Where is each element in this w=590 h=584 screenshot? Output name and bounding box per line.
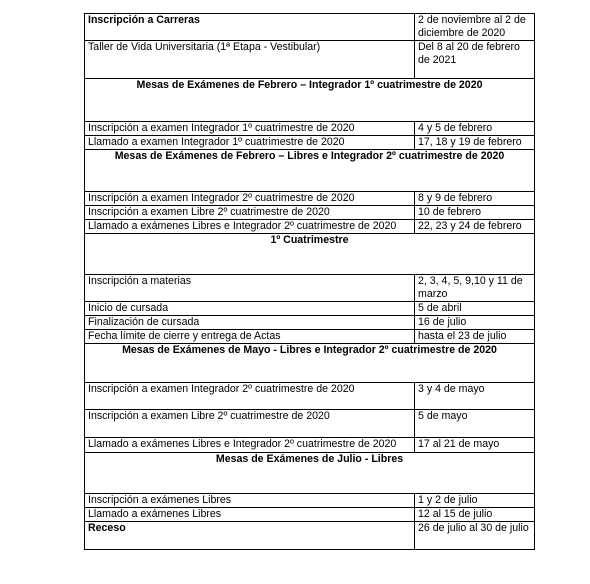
- section-title: Mesas de Exámenes de Febrero – Integrado…: [85, 79, 535, 122]
- event-date: 4 y 5 de febrero: [415, 122, 535, 136]
- event-date: 5 de abril: [415, 302, 535, 316]
- event-date: 16 de julio: [415, 316, 535, 330]
- event-date: 2 de noviembre al 2 de diciembre de 2020: [415, 14, 535, 41]
- table-row: Inicio de cursada5 de abril: [85, 302, 535, 316]
- academic-calendar-table: Inscripción a Carreras2 de noviembre al …: [84, 13, 535, 550]
- section-header-row: Mesas de Exámenes de Julio - Libres: [85, 453, 535, 494]
- table-row: Inscripción a materias2, 3, 4, 5, 9,10 y…: [85, 275, 535, 302]
- event-date: hasta el 23 de julio: [415, 330, 535, 344]
- section-header-row: 1º Cuatrimestre: [85, 234, 535, 275]
- table-row: Inscripción a examen Libre 2º cuatrimest…: [85, 410, 535, 438]
- event-label: Inscripción a Carreras: [85, 14, 415, 41]
- event-date: Del 8 al 20 de febrero de 2021: [415, 41, 535, 79]
- event-label: Inscripción a examen Integrador 2º cuatr…: [85, 192, 415, 206]
- event-date: 2, 3, 4, 5, 9,10 y 11 de marzo: [415, 275, 535, 302]
- event-date: 3 y 4 de mayo: [415, 383, 535, 410]
- event-label: Inscripción a examen Libre 2º cuatrimest…: [85, 206, 415, 220]
- event-date: 5 de mayo: [415, 410, 535, 438]
- table-row: Fecha límite de cierre y entrega de Acta…: [85, 330, 535, 344]
- event-label: Inscripción a examen Integrador 1º cuatr…: [85, 122, 415, 136]
- table-row: Inscripción a exámenes Libres1 y 2 de ju…: [85, 494, 535, 508]
- section-title: Mesas de Exámenes de Julio - Libres: [85, 453, 535, 494]
- table-row: Receso26 de julio al 30 de julio: [85, 522, 535, 550]
- section-title: Mesas de Exámenes de Mayo - Libres e Int…: [85, 344, 535, 383]
- section-title: Mesas de Exámenes de Febrero – Libres e …: [85, 150, 535, 192]
- section-header-row: Mesas de Exámenes de Mayo - Libres e Int…: [85, 344, 535, 383]
- table-row: Taller de Vida Universitaria (1ª Etapa -…: [85, 41, 535, 79]
- event-date: 1 y 2 de julio: [415, 494, 535, 508]
- event-label: Finalización de cursada: [85, 316, 415, 330]
- event-date: 17, 18 y 19 de febrero: [415, 136, 535, 150]
- table-row: Inscripción a examen Libre 2º cuatrimest…: [85, 206, 535, 220]
- event-label: Receso: [85, 522, 415, 550]
- event-label: Taller de Vida Universitaria (1ª Etapa -…: [85, 41, 415, 79]
- section-header-row: Mesas de Exámenes de Febrero – Libres e …: [85, 150, 535, 192]
- table-row: Llamado a examen Integrador 1º cuatrimes…: [85, 136, 535, 150]
- event-label: Fecha límite de cierre y entrega de Acta…: [85, 330, 415, 344]
- table-row: Llamado a exámenes Libres12 al 15 de jul…: [85, 508, 535, 522]
- table-row: Finalización de cursada16 de julio: [85, 316, 535, 330]
- event-label: Inscripción a examen Libre 2º cuatrimest…: [85, 410, 415, 438]
- table-row: Llamado a exámenes Libres e Integrador 2…: [85, 220, 535, 234]
- event-date: 26 de julio al 30 de julio: [415, 522, 535, 550]
- event-label: Inscripción a materias: [85, 275, 415, 302]
- event-label: Llamado a exámenes Libres: [85, 508, 415, 522]
- table-row: Inscripción a examen Integrador 2º cuatr…: [85, 192, 535, 206]
- section-header-row: Mesas de Exámenes de Febrero – Integrado…: [85, 79, 535, 122]
- event-label: Inicio de cursada: [85, 302, 415, 316]
- calendar-body: Inscripción a Carreras2 de noviembre al …: [85, 14, 535, 550]
- table-row: Llamado a exámenes Libres e Integrador 2…: [85, 438, 535, 453]
- event-label: Llamado a exámenes Libres e Integrador 2…: [85, 220, 415, 234]
- event-label: Llamado a examen Integrador 1º cuatrimes…: [85, 136, 415, 150]
- table-row: Inscripción a Carreras2 de noviembre al …: [85, 14, 535, 41]
- section-title: 1º Cuatrimestre: [85, 234, 535, 275]
- event-label: Inscripción a examen Integrador 2º cuatr…: [85, 383, 415, 410]
- event-date: 10 de febrero: [415, 206, 535, 220]
- event-date: 8 y 9 de febrero: [415, 192, 535, 206]
- table-row: Inscripción a examen Integrador 2º cuatr…: [85, 383, 535, 410]
- table-row: Inscripción a examen Integrador 1º cuatr…: [85, 122, 535, 136]
- event-label: Inscripción a exámenes Libres: [85, 494, 415, 508]
- event-date: 22, 23 y 24 de febrero: [415, 220, 535, 234]
- event-label: Llamado a exámenes Libres e Integrador 2…: [85, 438, 415, 453]
- event-date: 17 al 21 de mayo: [415, 438, 535, 453]
- event-date: 12 al 15 de julio: [415, 508, 535, 522]
